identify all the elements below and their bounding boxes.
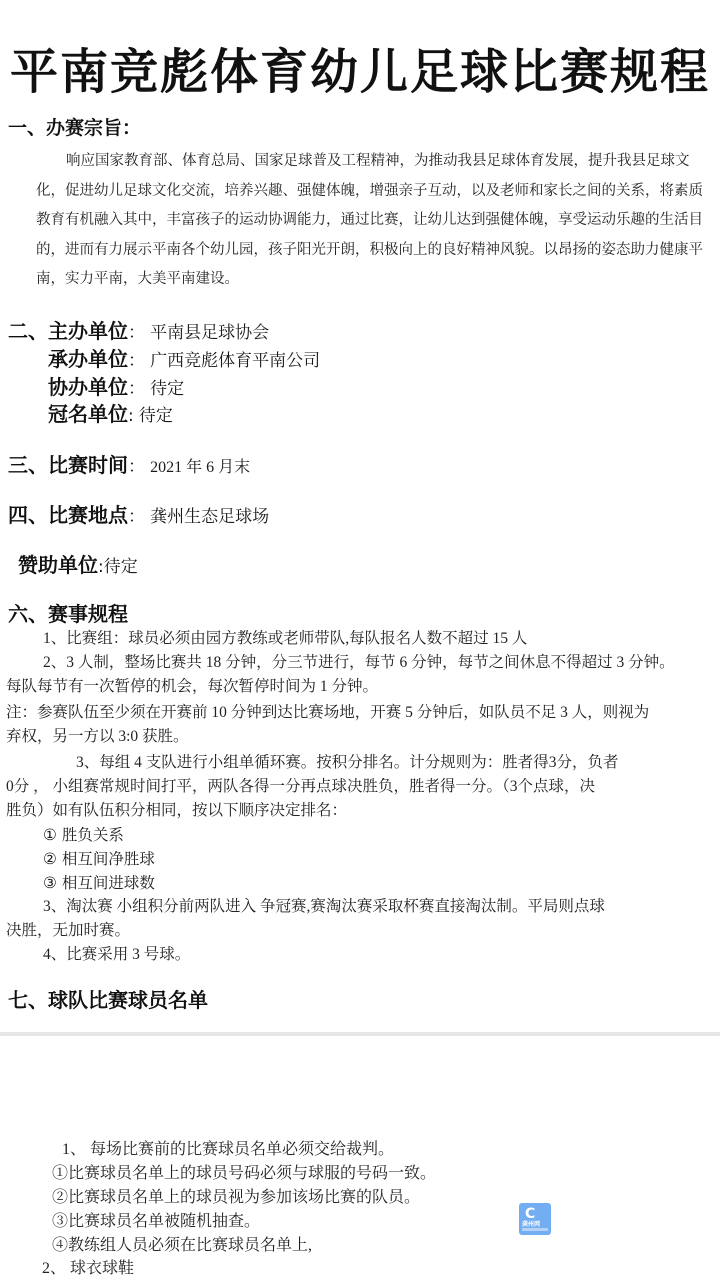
roster-line-3: ②比赛球员名单上的球员视为参加该场比赛的队员。 xyxy=(52,1186,420,1210)
title-sponsor-row: 冠名单位: 待定 xyxy=(48,400,173,428)
rule-line-3: 每队每节有一次暂停的机会，每次暂停时间为 1 分钟。 xyxy=(6,675,378,699)
section-1-paragraph: 响应国家教育部、体育总局、国家足球普及工程精神，为推动我县足球体育发展，提升我县… xyxy=(36,147,716,295)
co-organizer-label: 协办单位 xyxy=(48,375,128,399)
rule-note-line-2: 弃权，另一方以 3:0 获胜。 xyxy=(6,725,189,749)
roster-line-6: 2、 球衣球鞋 xyxy=(42,1257,134,1280)
sponsor-label: 赞助单位 xyxy=(18,553,98,577)
co-organizer-row: 协办单位： 待定 xyxy=(48,373,184,401)
page-separator xyxy=(0,1032,720,1036)
roster-line-5: ④教练组人员必须在比赛球员名单上, xyxy=(52,1234,312,1258)
section-1-text: 响应国家教育部、体育总局、国家足球普及工程精神，为推动我县足球体育发展，提升我县… xyxy=(36,153,703,287)
rule-line-group-2: 0分 ， 小组赛常规时间打平，两队各得一分再点球决胜负，胜者得一分。（3个点球，… xyxy=(6,775,595,799)
rule-line-2: 2、3 人制，整场比赛共 18 分钟，分三节进行，每节 6 分钟，每节之间休息不… xyxy=(43,651,675,675)
section-2-prefix: 二、 xyxy=(8,317,48,345)
rule-line-group-1: 3、每组 4 支队进行小组单循环赛。按积分排名。计分规则为：胜者得3分，负者 xyxy=(76,751,619,775)
section-6-heading: 六、赛事规程 xyxy=(8,600,128,628)
match-time-row: 三、比赛时间： 2021 年 6 月末 xyxy=(8,451,250,479)
sponsor-value: 待定 xyxy=(104,557,138,577)
organizer-value: 平南县足球协会 xyxy=(150,323,269,343)
section-1-heading: 一、办赛宗旨： xyxy=(8,115,141,141)
organizer-label: 主办单位 xyxy=(48,319,128,343)
rule-ball-size: 4、比赛采用 3 号球。 xyxy=(43,943,190,967)
rule-line-1: 1、比赛组：球员必须由园方教练或老师带队,每队报名人数不超过 15 人 xyxy=(43,627,527,651)
match-time-value: 2021 年 6 月末 xyxy=(150,459,250,476)
organizer-row: 主办单位： 平南县足球协会 xyxy=(48,317,269,345)
roster-line-4: ③比赛球员名单被随机抽查。 xyxy=(52,1210,260,1234)
tiebreak-3: ③ 相互间进球数 xyxy=(43,871,155,895)
section-7-heading: 七、球队比赛球员名单 xyxy=(8,986,208,1014)
venue-label: 四、比赛地点 xyxy=(8,503,128,527)
sponsor-row: 赞助单位:待定 xyxy=(18,551,138,579)
rule-line-group-3: 胜负）如有队伍积分相同，按以下顺序决定排名： xyxy=(6,799,347,823)
title-sponsor-label: 冠名单位 xyxy=(48,402,128,426)
venue-value: 龚州生态足球场 xyxy=(150,507,269,527)
co-organizer-value: 待定 xyxy=(150,379,184,399)
page-title: 平南竞彪体育幼儿足球比赛规程 xyxy=(0,40,720,104)
roster-line-1: 1、 每场比赛前的比赛球员名单必须交给裁判。 xyxy=(62,1138,394,1162)
tiebreak-2: ② 相互间净胜球 xyxy=(43,847,155,871)
venue-row: 四、比赛地点： 龚州生态足球场 xyxy=(8,501,269,529)
undertaker-label: 承办单位 xyxy=(48,347,128,371)
tiebreak-1: ① 胜负关系 xyxy=(43,823,124,847)
undertaker-value: 广西竞彪体育平南公司 xyxy=(150,351,320,371)
undertaker-row: 承办单位： 广西竞彪体育平南公司 xyxy=(48,345,320,373)
rule-knockout-line-2: 决胜，无加时赛。 xyxy=(6,919,130,943)
match-time-label: 三、比赛时间 xyxy=(8,453,128,477)
title-sponsor-value: 待定 xyxy=(139,406,173,426)
roster-line-2: ①比赛球员名单上的球员号码必须与球服的号码一致。 xyxy=(52,1162,436,1186)
news-logo-icon: C 龚州网 xyxy=(519,1203,551,1235)
watermark-name: 龚州网 xyxy=(522,1219,540,1228)
rule-knockout-line-1: 3、淘汰赛 小组积分前两队进入 争冠赛,赛淘汰赛采取杯赛直接淘汰制。平局则点球 xyxy=(43,895,605,919)
rule-note-line-1: 注：参赛队伍至少须在开赛前 10 分钟到达比赛场地，开赛 5 分钟后，如队员不足… xyxy=(6,701,649,725)
